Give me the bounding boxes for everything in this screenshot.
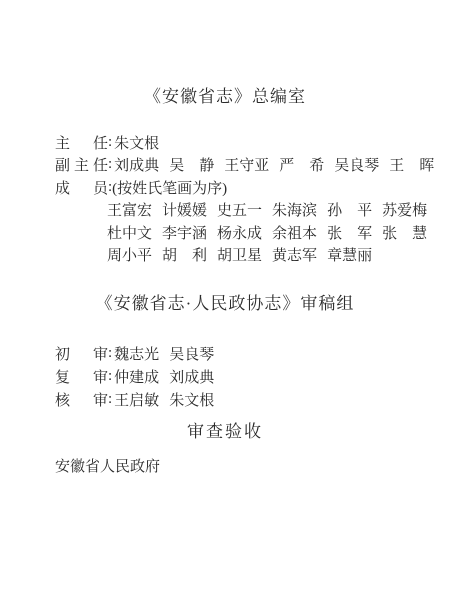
member-name: 苏爱梅	[382, 199, 427, 220]
colon: :	[108, 134, 112, 151]
person-name: 王守亚	[224, 154, 269, 175]
colon: :	[108, 391, 112, 408]
review-group-roster: 初审: 魏志光 吴良琴 复审: 仲建成 刘成典 核审: 王启敏 朱文根	[55, 342, 450, 411]
sort-order-note: (按姓氏笔画为序)	[112, 177, 227, 198]
member-name: 余祖本	[272, 222, 317, 243]
review-row-first: 初审: 魏志光 吴良琴	[55, 342, 450, 365]
role-label: 主任	[55, 132, 108, 153]
person-name: 吴 静	[169, 154, 214, 175]
member-name: 计媛媛	[162, 199, 207, 220]
editorial-office-roster: 主任: 朱文根 副主任: 刘成典 吴 静 王守亚 严 希 吴良琴 王 晖 成员:…	[55, 131, 450, 199]
roster-row-director: 主任: 朱文根	[55, 131, 450, 154]
member-name: 杨永成	[217, 222, 262, 243]
member-name: 胡卫星	[217, 244, 262, 265]
person-name: 刘成典	[169, 366, 214, 387]
member-name: 杜中文	[107, 222, 152, 243]
person-name: 仲建成	[114, 366, 159, 387]
member-row: 杜中文 李宇涵 杨永成 余祖本 张 军 张 慧	[107, 221, 450, 244]
review-row-second: 复审: 仲建成 刘成典	[55, 365, 450, 388]
person-name: 吴良琴	[334, 154, 379, 175]
member-name: 王富宏	[107, 199, 152, 220]
editorial-office-title: 《安徽省志》总编室	[0, 86, 450, 107]
person-name: 吴良琴	[169, 343, 214, 364]
colon: :	[108, 368, 112, 385]
role-label: 成员	[55, 177, 108, 198]
member-name: 孙 平	[327, 199, 372, 220]
review-row-final: 核审: 王启敏 朱文根	[55, 388, 450, 411]
person-name: 王启敏	[114, 389, 159, 410]
member-name: 胡 利	[162, 244, 207, 265]
role-label: 核审	[55, 389, 108, 410]
person-name: 朱文根	[169, 389, 214, 410]
member-list: 王富宏 计媛媛 史五一 朱海滨 孙 平 苏爱梅 杜中文 李宇涵 杨永成 余祖本 …	[107, 199, 450, 267]
person-name: 严 希	[279, 154, 324, 175]
member-row: 王富宏 计媛媛 史五一 朱海滨 孙 平 苏爱梅	[107, 199, 450, 222]
role-label: 初审	[55, 343, 108, 364]
book-page: 《安徽省志》总编室 主任: 朱文根 副主任: 刘成典 吴 静 王守亚 严 希 吴…	[0, 0, 450, 610]
person-name: 王 晖	[389, 154, 434, 175]
role-label: 复审	[55, 366, 108, 387]
person-name: 朱文根	[114, 132, 159, 153]
person-name: 刘成典	[114, 154, 159, 175]
acceptance-heading: 审查验收	[0, 422, 450, 442]
member-name: 周小平	[107, 244, 152, 265]
member-name: 章慧丽	[327, 244, 372, 265]
member-name: 李宇涵	[162, 222, 207, 243]
person-name: 魏志光	[114, 343, 159, 364]
colon: :	[108, 156, 112, 173]
member-name: 朱海滨	[272, 199, 317, 220]
member-name: 张 慧	[382, 222, 427, 243]
roster-row-members-label: 成员: (按姓氏笔画为序)	[55, 176, 450, 199]
member-row: 周小平 胡 利 胡卫星 黄志军 章慧丽	[107, 244, 450, 267]
role-label: 副主任	[55, 154, 108, 175]
roster-row-deputy-directors: 副主任: 刘成典 吴 静 王守亚 严 希 吴良琴 王 晖	[55, 154, 450, 177]
member-name: 黄志军	[272, 244, 317, 265]
member-name: 史五一	[217, 199, 262, 220]
review-group-title: 《安徽省志·人民政协志》审稿组	[0, 293, 450, 315]
acceptance-agency: 安徽省人民政府	[55, 455, 450, 476]
member-name: 张 军	[327, 222, 372, 243]
colon: :	[108, 345, 112, 362]
